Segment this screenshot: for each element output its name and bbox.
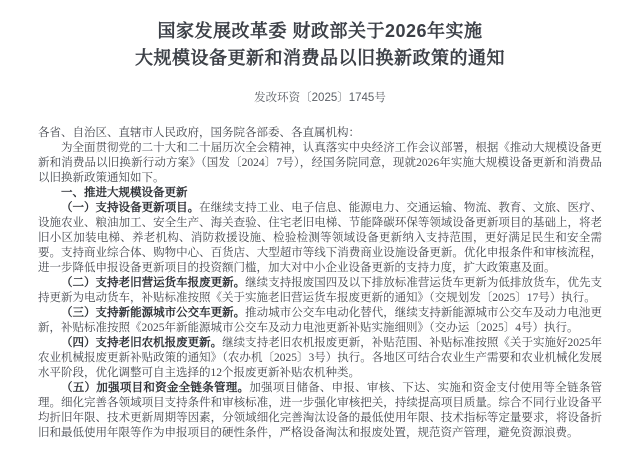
item-1-paragraph: （一）支持设备更新项目。在继续支持工业、电子信息、能源电力、交通运输、物流、教育… — [38, 201, 602, 276]
item-2-label: （二）支持老旧营运货车报废更新。 — [61, 277, 245, 289]
intro-paragraph: 为全面贯彻党的二十大和二十届历次全会精神，认真落实中央经济工作会议部署，根据《推… — [38, 141, 602, 186]
title-line-2: 大规模设备更新和消费品以旧换新政策的通知 — [38, 45, 602, 72]
title-line-1: 国家发展改革委 财政部关于2026年实施 — [38, 18, 602, 45]
item-3-label: （三）支持新能源城市公交车更新。 — [61, 307, 245, 319]
item-2-paragraph: （二）支持老旧营运货车报废更新。继续支持报废国四及以下排放标准营运货车更新为低排… — [38, 276, 602, 306]
document-title: 国家发展改革委 财政部关于2026年实施 大规模设备更新和消费品以旧换新政策的通… — [38, 18, 602, 72]
document-page: 国家发展改革委 财政部关于2026年实施 大规模设备更新和消费品以旧换新政策的通… — [0, 0, 640, 465]
item-4-paragraph: （四）支持老旧农机报废更新。继续支持老旧农机报废更新，补贴范围、补贴标准按照《关… — [38, 336, 602, 381]
section-1-heading: 一、推进大规模设备更新 — [38, 186, 602, 201]
item-4-label: （四）支持老旧农机报废更新。 — [61, 337, 222, 349]
item-1-label: （一）支持设备更新项目。 — [61, 202, 199, 214]
document-body: 各省、自治区、直辖市人民政府，国务院各部委、各直属机构： 为全面贯彻党的二十大和… — [38, 126, 602, 441]
document-number: 发改环资〔2025〕1745号 — [38, 91, 602, 105]
item-5-paragraph: （五）加强项目和资金全链条管理。加强项目储备、申报、审核、下达、实施和资金支付使… — [38, 381, 602, 441]
item-3-paragraph: （三）支持新能源城市公交车更新。推动城市公交车电动化替代，继续支持新能源城市公交… — [38, 306, 602, 336]
item-5-label: （五）加强项目和资金全链条管理。 — [61, 382, 249, 394]
salutation-line: 各省、自治区、直辖市人民政府，国务院各部委、各直属机构： — [38, 126, 602, 141]
